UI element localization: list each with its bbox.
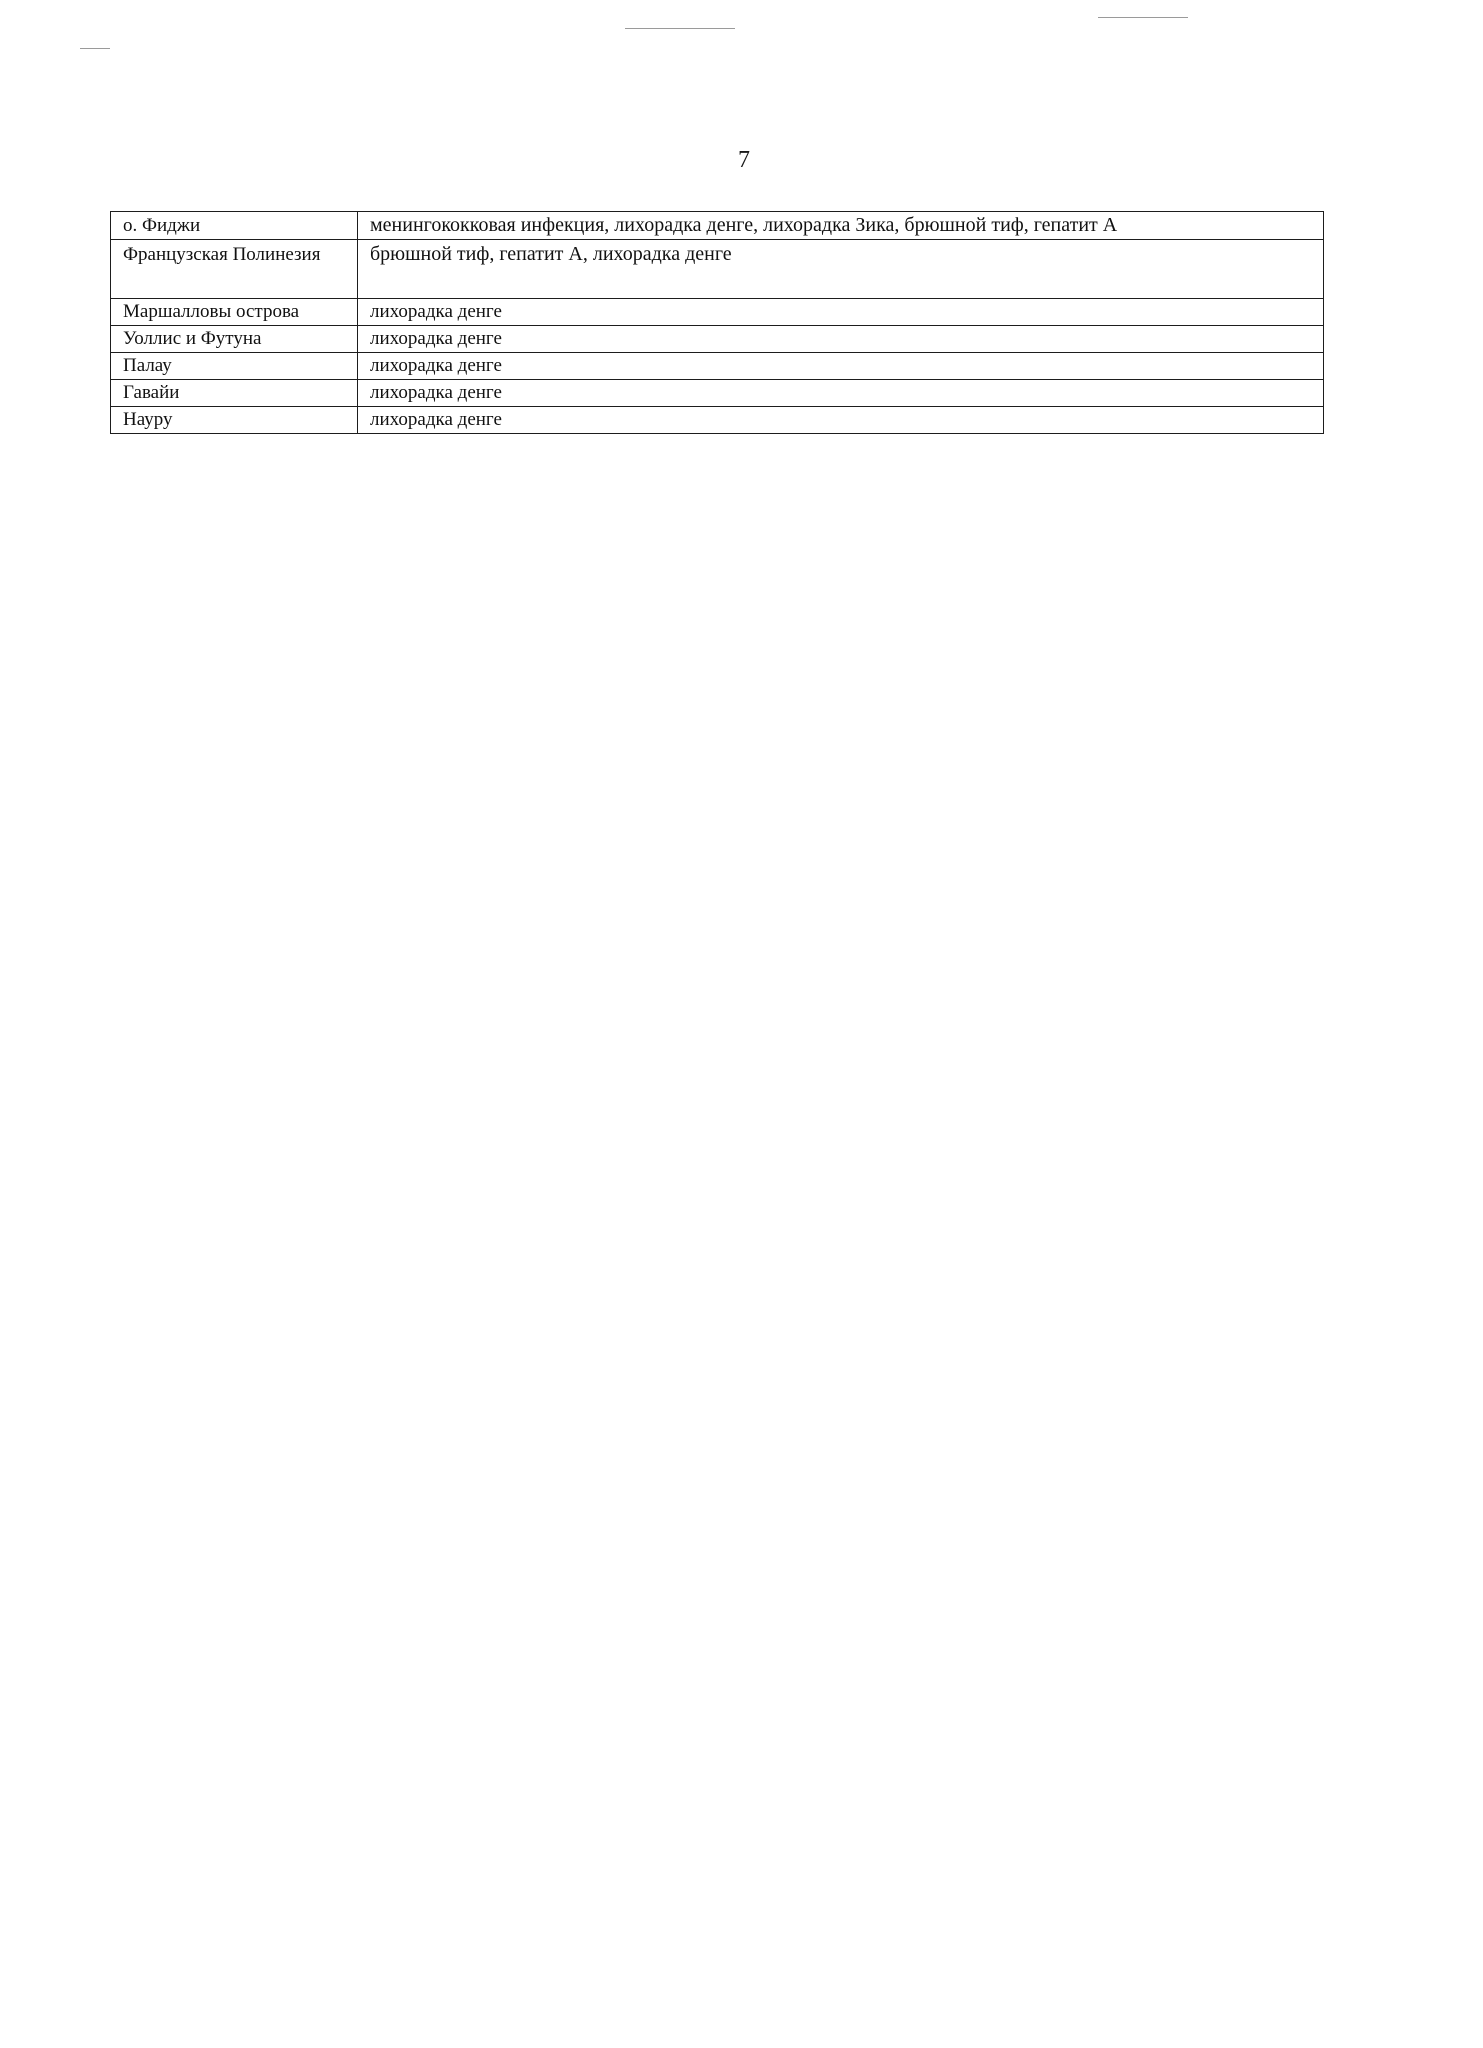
page-number: 7: [738, 146, 750, 174]
table-row: Уоллис и Футуна лихорадка денге: [111, 326, 1324, 353]
table-row: о. Фиджи менингококковая инфекция, лихор…: [111, 212, 1324, 240]
scan-artifact: [80, 48, 110, 49]
table-row: Французская Полинезия брюшной тиф, гепат…: [111, 240, 1324, 299]
diseases-cell: лихорадка денге: [358, 380, 1324, 407]
diseases-cell: брюшной тиф, гепатит А, лихорадка денге: [358, 240, 1324, 299]
scan-artifact: [625, 28, 735, 29]
country-cell: Уоллис и Футуна: [111, 326, 358, 353]
diseases-cell: менингококковая инфекция, лихорадка денг…: [358, 212, 1324, 240]
diseases-cell: лихорадка денге: [358, 407, 1324, 434]
scan-artifact: [1098, 17, 1188, 18]
country-cell: Науру: [111, 407, 358, 434]
country-cell: о. Фиджи: [111, 212, 358, 240]
country-cell: Гавайи: [111, 380, 358, 407]
disease-by-country-table: о. Фиджи менингококковая инфекция, лихор…: [110, 211, 1324, 434]
table-row: Гавайи лихорадка денге: [111, 380, 1324, 407]
diseases-cell: лихорадка денге: [358, 326, 1324, 353]
diseases-cell: лихорадка денге: [358, 299, 1324, 326]
country-cell: Маршалловы острова: [111, 299, 358, 326]
country-cell: Палау: [111, 353, 358, 380]
table-row: Палау лихорадка денге: [111, 353, 1324, 380]
table-row: Науру лихорадка денге: [111, 407, 1324, 434]
table-row: Маршалловы острова лихорадка денге: [111, 299, 1324, 326]
country-cell: Французская Полинезия: [111, 240, 358, 299]
diseases-cell: лихорадка денге: [358, 353, 1324, 380]
